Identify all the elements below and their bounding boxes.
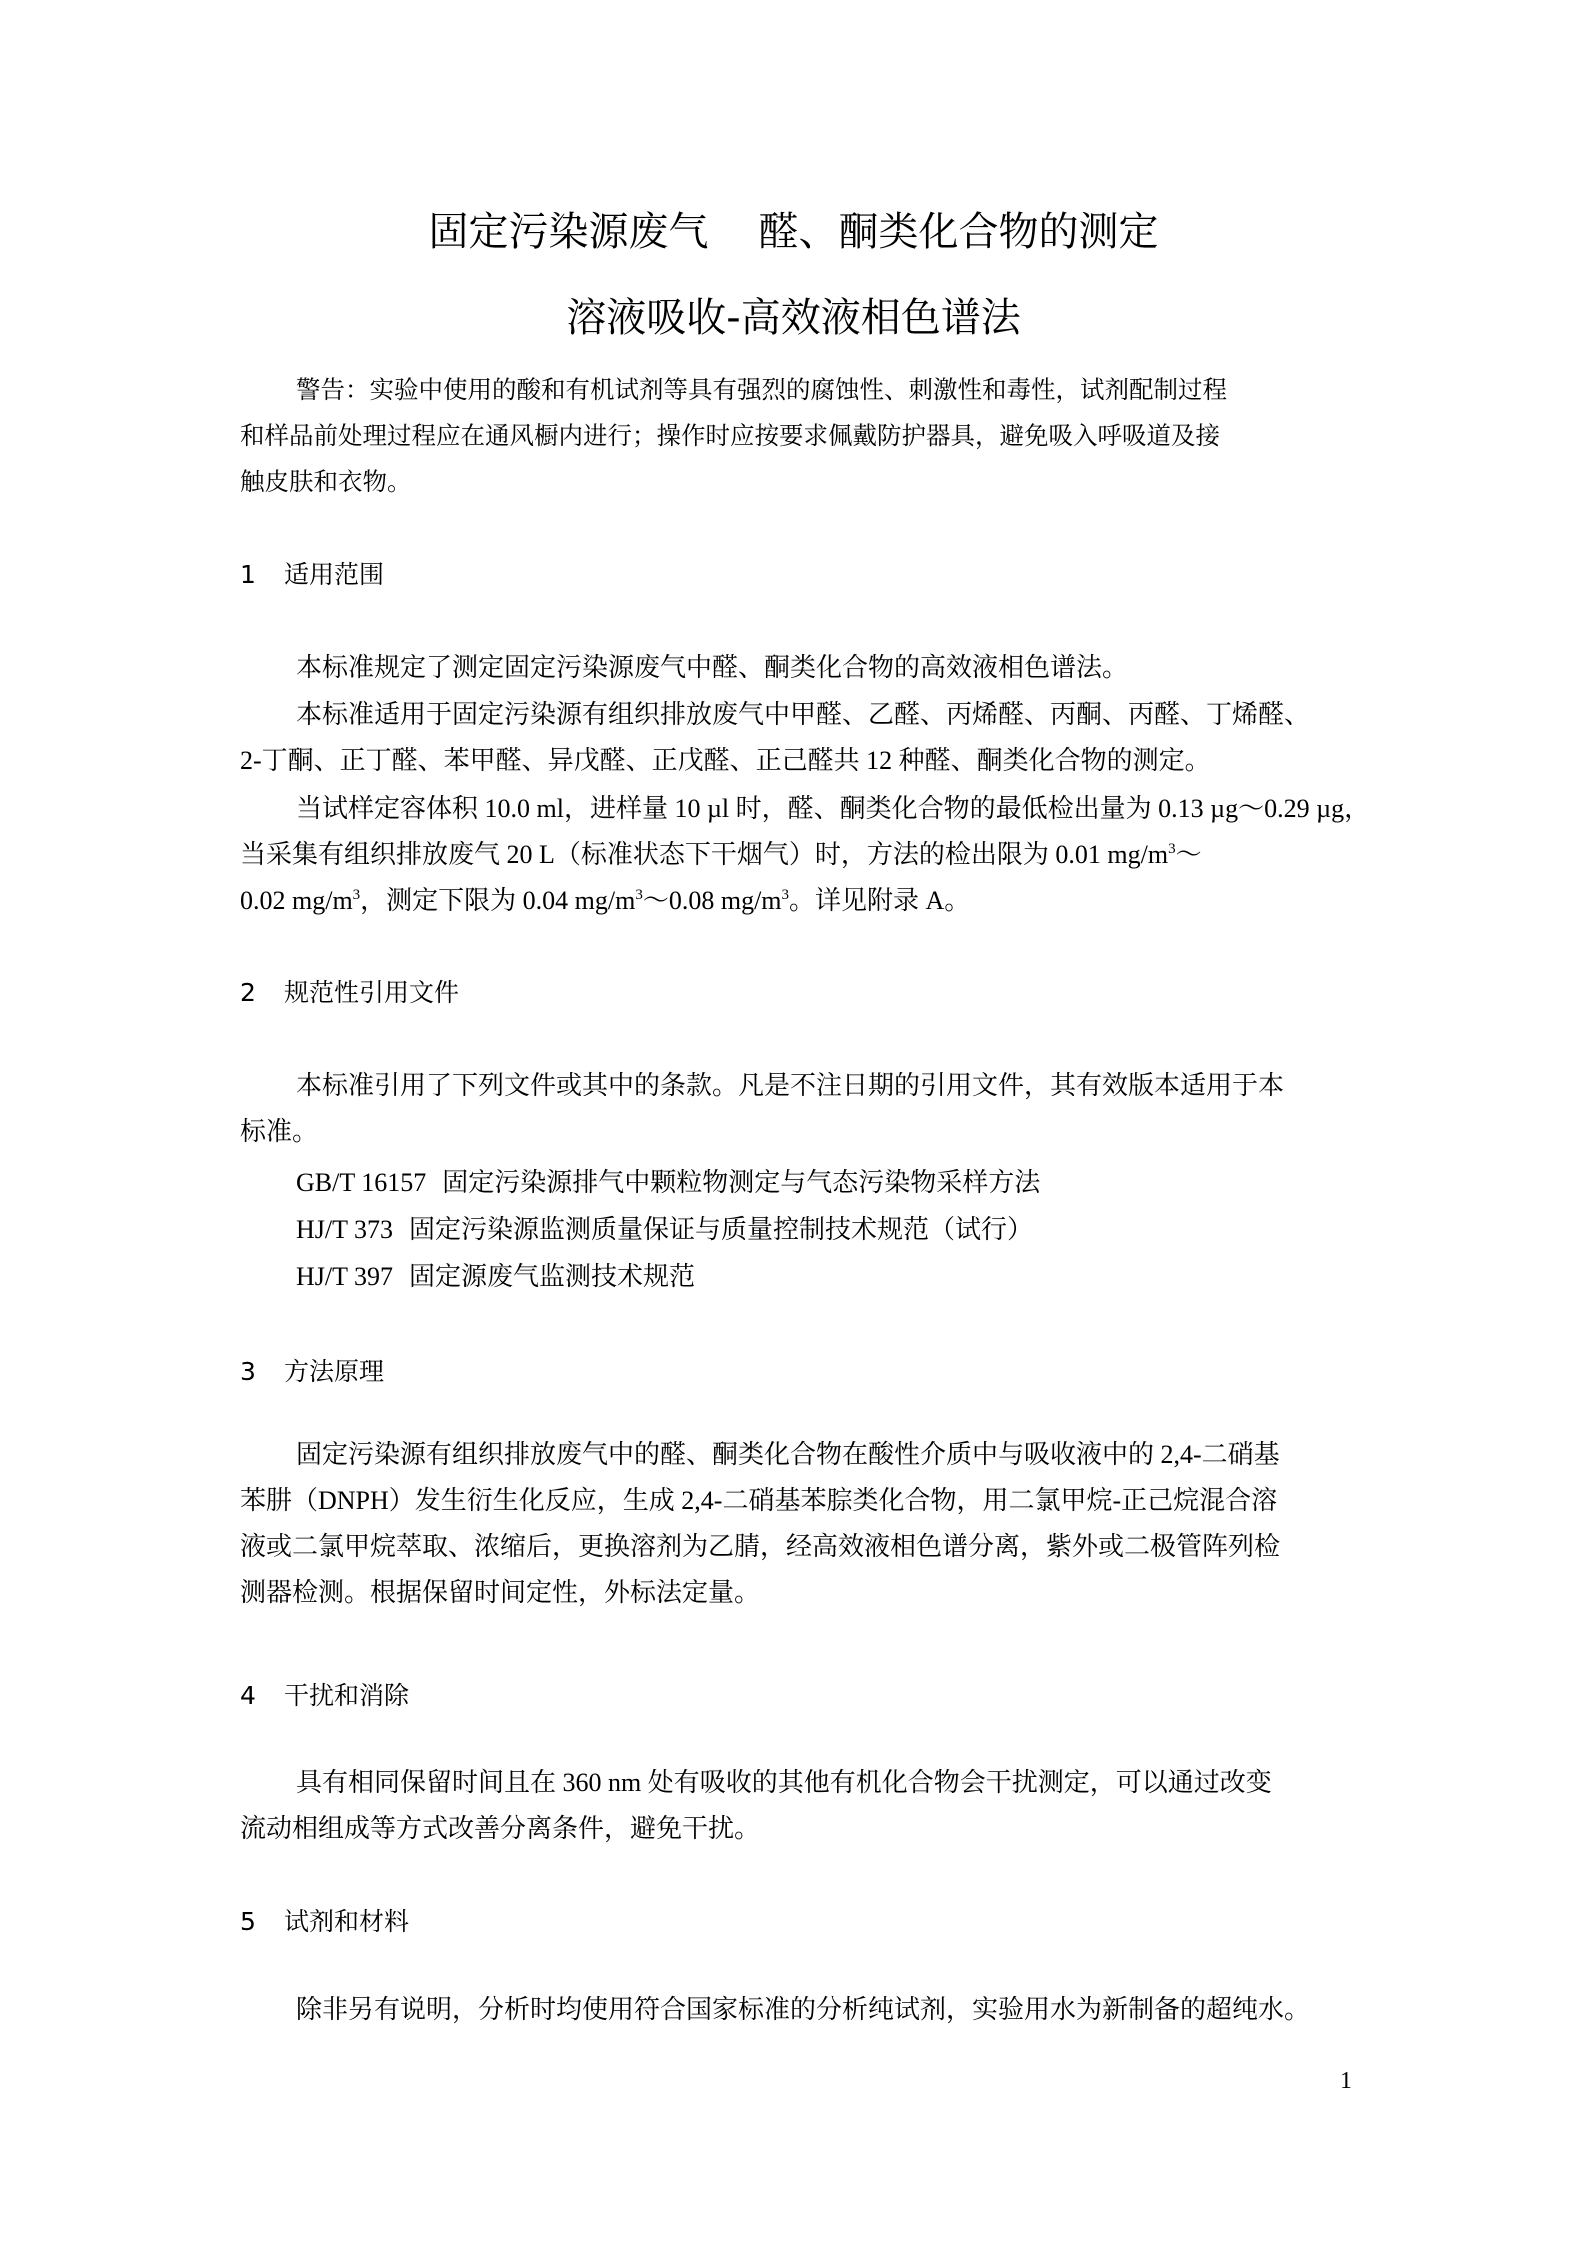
text-line: 标准。 [240,1109,1355,1155]
reference-code: GB/T 16157 [296,1165,426,1201]
text-line: 本标准引用了下列文件或其中的条款。凡是不注日期的引用文件，其有效版本适用于本 [240,1063,1355,1109]
section-title: 干扰和消除 [284,1681,409,1710]
text-fragment: 。详见附录 A。 [789,886,970,915]
section-heading-4: 4干扰和消除 [240,1679,409,1713]
page-number: 1 [1340,2068,1352,2095]
text-line: 除非另有说明，分析时均使用符合国家标准的分析纯试剂，实验用水为新制备的超纯水。 [240,1987,1355,2033]
text-fragment: ～ [1176,840,1202,869]
scope-paragraph-2: 本标准适用于固定污染源有组织排放废气中甲醛、乙醛、丙烯醛、丙酮、丙醛、丁烯醛、 … [240,692,1355,784]
superscript: 3 [635,887,643,903]
text-line: 固定污染源有组织排放废气中的醛、酮类化合物在酸性介质中与吸收液中的 2,4-二硝… [240,1432,1355,1478]
reference-title: 固定源废气监测技术规范 [409,1262,695,1291]
reference-title: 固定污染源监测质量保证与质量控制技术规范（试行） [409,1215,1033,1244]
reference-code: HJ/T 397 [296,1259,393,1295]
reference-code: HJ/T 373 [296,1212,393,1248]
section-number: 3 [240,1355,284,1389]
section-number: 5 [240,1905,284,1939]
title-part2: 醛、酮类化合物的测定 [759,209,1159,255]
principle-paragraph: 固定污染源有组织排放废气中的醛、酮类化合物在酸性介质中与吸收液中的 2,4-二硝… [240,1432,1355,1616]
text-fragment: ，测定下限为 0.04 mg/m [360,886,635,915]
text-line: 流动相组成等方式改善分离条件，避免干扰。 [240,1806,1355,1852]
section-title: 试剂和材料 [284,1907,409,1936]
section-heading-2: 2规范性引用文件 [240,976,459,1010]
scope-paragraph-1: 本标准规定了测定固定污染源废气中醛、酮类化合物的高效液相色谱法。 [240,645,1355,691]
warning-line: 警告：实验中使用的酸和有机试剂等具有强烈的腐蚀性、刺激性和毒性，试剂配制过程 [240,367,1355,413]
reagents-paragraph: 除非另有说明，分析时均使用符合国家标准的分析纯试剂，实验用水为新制备的超纯水。 [240,1987,1355,2033]
text-fragment: ～0.08 mg/m [643,886,782,915]
document-page: 固定污染源废气醛、酮类化合物的测定 溶液吸收-高效液相色谱法 警告：实验中使用的… [0,0,1587,2245]
text-line: 当采集有组织排放废气 20 L（标准状态下干烟气）时，方法的检出限为 0.01 … [240,832,1355,878]
warning-line: 触皮肤和衣物。 [240,459,1355,505]
reference-title: 固定污染源排气中颗粒物测定与气态污染物采样方法 [442,1168,1040,1197]
text-line: 当试样定容体积 10.0 ml，进样量 10 µl 时，醛、酮类化合物的最低检出… [240,786,1355,832]
text-line: 2-丁酮、正丁醛、苯甲醛、异戊醛、正戊醛、正己醛共 12 种醛、酮类化合物的测定… [240,738,1355,784]
references-intro-paragraph: 本标准引用了下列文件或其中的条款。凡是不注日期的引用文件，其有效版本适用于本 标… [240,1063,1355,1155]
section-heading-5: 5试剂和材料 [240,1905,409,1939]
superscript: 3 [782,887,790,903]
reference-item: HJ/T 397固定源废气监测技术规范 [296,1259,695,1295]
text-line: 0.02 mg/m3，测定下限为 0.04 mg/m3～0.08 mg/m3。详… [240,878,1355,924]
document-title-line1: 固定污染源废气醛、酮类化合物的测定 [0,208,1587,256]
section-heading-3: 3方法原理 [240,1355,384,1389]
scope-paragraph-3: 当试样定容体积 10.0 ml，进样量 10 µl 时，醛、酮类化合物的最低检出… [240,786,1355,924]
section-heading-1: 1适用范围 [240,558,384,592]
section-number: 2 [240,976,284,1010]
warning-paragraph: 警告：实验中使用的酸和有机试剂等具有强烈的腐蚀性、刺激性和毒性，试剂配制过程 和… [240,367,1355,505]
text-line: 本标准适用于固定污染源有组织排放废气中甲醛、乙醛、丙烯醛、丙酮、丙醛、丁烯醛、 [240,692,1355,738]
text-line: 测器检测。根据保留时间定性，外标法定量。 [240,1570,1355,1616]
text-fragment: 0.02 mg/m [240,886,353,915]
reference-item: GB/T 16157固定污染源排气中颗粒物测定与气态污染物采样方法 [296,1165,1040,1201]
title-part1: 固定污染源废气 [429,209,709,255]
text-line: 苯肼（DNPH）发生衍生化反应，生成 2,4-二硝基苯腙类化合物，用二氯甲烷-正… [240,1478,1355,1524]
superscript: 3 [1168,841,1176,857]
section-title: 方法原理 [284,1357,384,1386]
section-number: 4 [240,1679,284,1713]
section-number: 1 [240,558,284,592]
reference-item: HJ/T 373固定污染源监测质量保证与质量控制技术规范（试行） [296,1212,1033,1248]
text-fragment: 当采集有组织排放废气 20 L（标准状态下干烟气）时，方法的检出限为 0.01 … [240,840,1168,869]
interference-paragraph: 具有相同保留时间且在 360 nm 处有吸收的其他有机化合物会干扰测定，可以通过… [240,1760,1355,1852]
text-line: 液或二氯甲烷萃取、浓缩后，更换溶剂为乙腈，经高效液相色谱分离，紫外或二极管阵列检 [240,1524,1355,1570]
section-title: 规范性引用文件 [284,978,459,1007]
document-title-line2: 溶液吸收-高效液相色谱法 [0,294,1587,342]
text-line: 本标准规定了测定固定污染源废气中醛、酮类化合物的高效液相色谱法。 [240,645,1355,691]
text-line: 具有相同保留时间且在 360 nm 处有吸收的其他有机化合物会干扰测定，可以通过… [240,1760,1355,1806]
warning-line: 和样品前处理过程应在通风橱内进行；操作时应按要求佩戴防护器具，避免吸入呼吸道及接 [240,413,1355,459]
section-title: 适用范围 [284,560,384,589]
